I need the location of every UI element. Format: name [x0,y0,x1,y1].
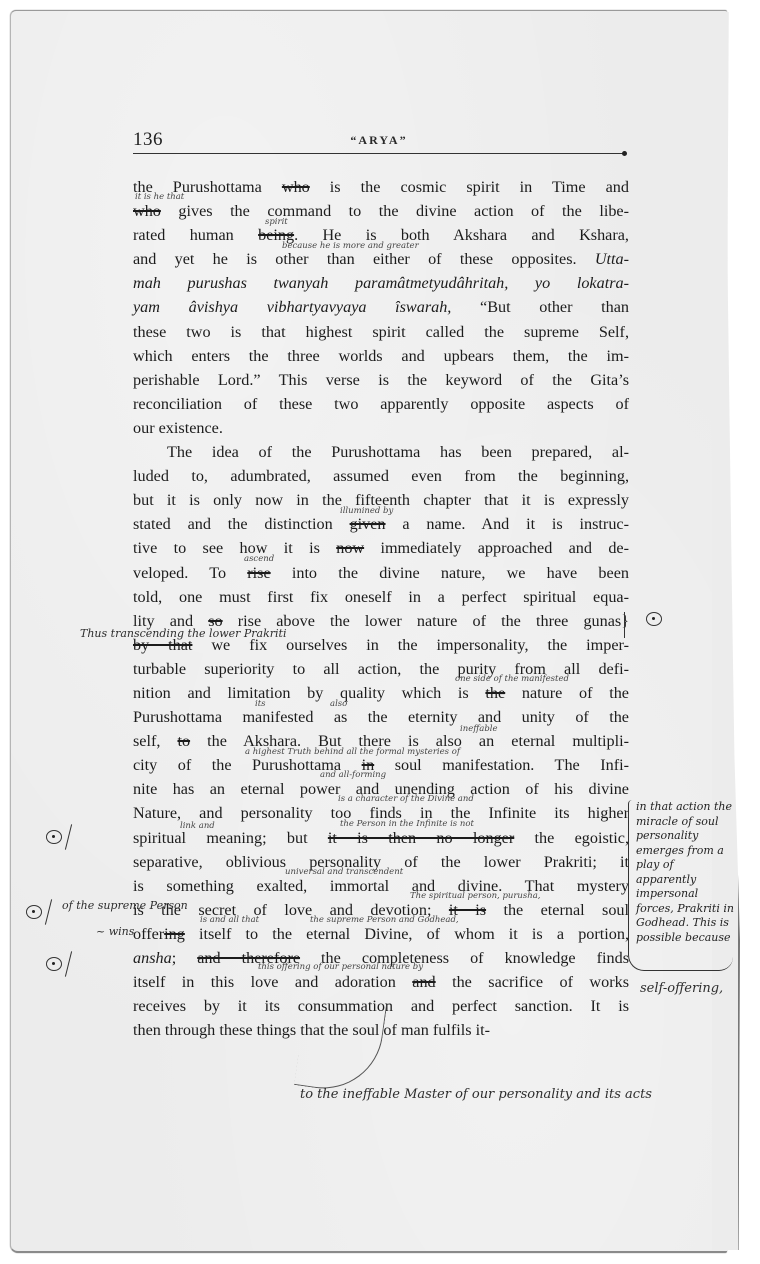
text-segment: is something exalted, immortal and divin… [133,877,629,895]
handwritten-insertion: a highest Truth behind all the formal my… [245,748,460,757]
text-segment: our existence. [133,419,223,437]
handwritten-insertion: is a character of the Divine and [338,795,474,804]
text-line: The idea of the Purushottama has been pr… [133,440,629,464]
running-head: 136 “ARYA” [133,129,625,153]
torn-page-edge [712,12,740,1250]
text-line: which enters the three worlds and upbear… [133,344,629,368]
left-margin-note: Thus transcending the lower Prakriti [80,628,286,639]
right-margin-note: in that action the miracle of soul perso… [636,800,734,945]
handwritten-insertion: The spiritual person, purusha, [410,892,541,901]
proofreader-circle-mark-icon [26,905,42,919]
text-segment: offer [133,925,164,943]
text-segment: into the divine nature, we have been [271,564,629,582]
struck-text: the [485,684,505,702]
text-segment: nition and limitation by quality which i… [133,684,485,702]
text-segment: is the cosmic spirit in Time and [310,178,629,196]
text-segment: these two is that highest spirit called … [133,323,629,341]
struck-text: ing [164,925,185,943]
text-segment: itself in this love and adoration [133,973,412,991]
text-segment: a name. And it is instruc- [386,515,629,533]
struck-text: to [177,732,190,750]
text-segment: reconciliation of these two apparently o… [133,395,629,413]
handwritten-insertion: one side of the manifested [455,675,569,684]
left-margin-note: ~ wins [96,926,134,937]
proofreader-circle-mark-icon [646,612,662,626]
handwritten-insertion: illumined by [340,507,393,516]
text-segment: rated human [133,226,258,244]
text-segment: ; [172,949,198,967]
text-segment: tive to see how it is [133,539,336,557]
handwritten-insertion: because he is more and greater [282,242,419,251]
text-segment: “But other than [451,298,629,316]
text-line: is something exalted, immortal and divin… [133,874,629,898]
text-segment: gives the command to the divine action o… [161,202,629,220]
header-rule [133,153,625,154]
sanskrit-text: yam âvishya vibhartyavyaya îswarah, [133,298,451,316]
struck-text: now [336,539,364,557]
text-segment: and yet he is other than either of these… [133,250,595,268]
text-segment: the sacrifice of works [436,973,629,991]
text-segment: Purushottama manifested as the eternity … [133,708,629,726]
text-segment: the eternal soul [486,901,629,919]
text-segment: veloped. To [133,564,247,582]
text-segment: nature of the [505,684,629,702]
proofreader-circle-mark-icon [46,830,62,844]
text-line: offering itself to the eternal Divine, o… [133,922,629,946]
handwritten-insertion: spirit [265,218,288,227]
struck-text: and [412,973,435,991]
text-line: reconciliation of these two apparently o… [133,392,629,416]
struck-text: who [282,178,310,196]
text-segment: stated and the distinction [133,515,350,533]
struck-text: given [350,515,386,533]
handwritten-insertion: is and all that [200,916,259,925]
text-segment: soul manifestation. The Infi- [374,756,629,774]
struck-text: it is then no longer [328,829,514,847]
sanskrit-text: mah purushas twanyah paramâtmetyudâhrita… [133,274,629,292]
right-margin-bottom-note: self-offering, [640,982,723,995]
text-segment: told, one must first fix oneself in a pe… [133,588,629,606]
handwritten-insertion: this offering of our personal nature by [258,963,423,972]
handwritten-insertion: it is he that [135,193,184,202]
handwritten-insertion: its [255,700,266,709]
text-line: Purushottama manifested as the eternity … [133,705,629,729]
text-line: the Purushottama who is the cosmic spiri… [133,175,629,199]
sanskrit-text: Utta- [595,250,629,268]
handwritten-insertion: also [330,700,347,709]
handwritten-insertion: ascend [244,555,274,564]
footnote-insert: to the ineffable Master of our personali… [300,1084,740,1106]
handwritten-insertion: and all-forming [320,771,386,780]
journal-title: “ARYA” [133,133,625,148]
sanskrit-text: ansha [133,949,172,967]
left-margin-note: of the supreme Person [62,900,188,911]
proofreader-circle-mark-icon [46,957,62,971]
text-line: these two is that highest spirit called … [133,320,629,344]
text-segment: itself to the eternal Divine, of whom it… [185,925,629,943]
struck-text: who [133,202,161,220]
text-line: nition and limitation by quality which i… [133,681,629,705]
gunas-bracket [624,612,625,638]
handwritten-insertion: universal and transcendent [285,868,403,877]
handwritten-insertion: the supreme Person and Godhead, [310,916,459,925]
text-line: tive to see how it is now immediately ap… [133,536,629,560]
struck-text: rise [247,564,270,582]
handwritten-insertion: ineffable [460,725,498,734]
text-line: perishable Lord.” This verse is the keyw… [133,368,629,392]
text-segment: self, [133,732,177,750]
text-line: our existence. [133,416,629,440]
text-segment: luded to, adumbrated, assumed even from … [133,467,629,485]
text-line: itself in this love and adoration and th… [133,970,629,994]
text-line: yam âvishya vibhartyavyaya îswarah, “But… [133,295,629,319]
text-segment: The idea of the Purushottama has been pr… [167,443,629,461]
body-text: the Purushottama who is the cosmic spiri… [133,175,629,1042]
text-line: who gives the command to the divine acti… [133,199,629,223]
text-segment: spiritual meaning; but [133,829,328,847]
text-segment: which enters the three worlds and upbear… [133,347,629,365]
text-segment: immediately approached and de- [364,539,629,557]
text-line: told, one must first fix oneself in a pe… [133,585,629,609]
handwritten-insertion: link and [180,822,215,831]
text-line: veloped. To rise into the divine nature,… [133,561,629,585]
handwritten-insertion: the Person in the Infinite is not [340,820,474,829]
text-segment: perishable Lord.” This verse is the keyw… [133,371,629,389]
text-line: mah purushas twanyah paramâtmetyudâhrita… [133,271,629,295]
text-segment: the egoistic, [514,829,629,847]
text-line: luded to, adumbrated, assumed even from … [133,464,629,488]
